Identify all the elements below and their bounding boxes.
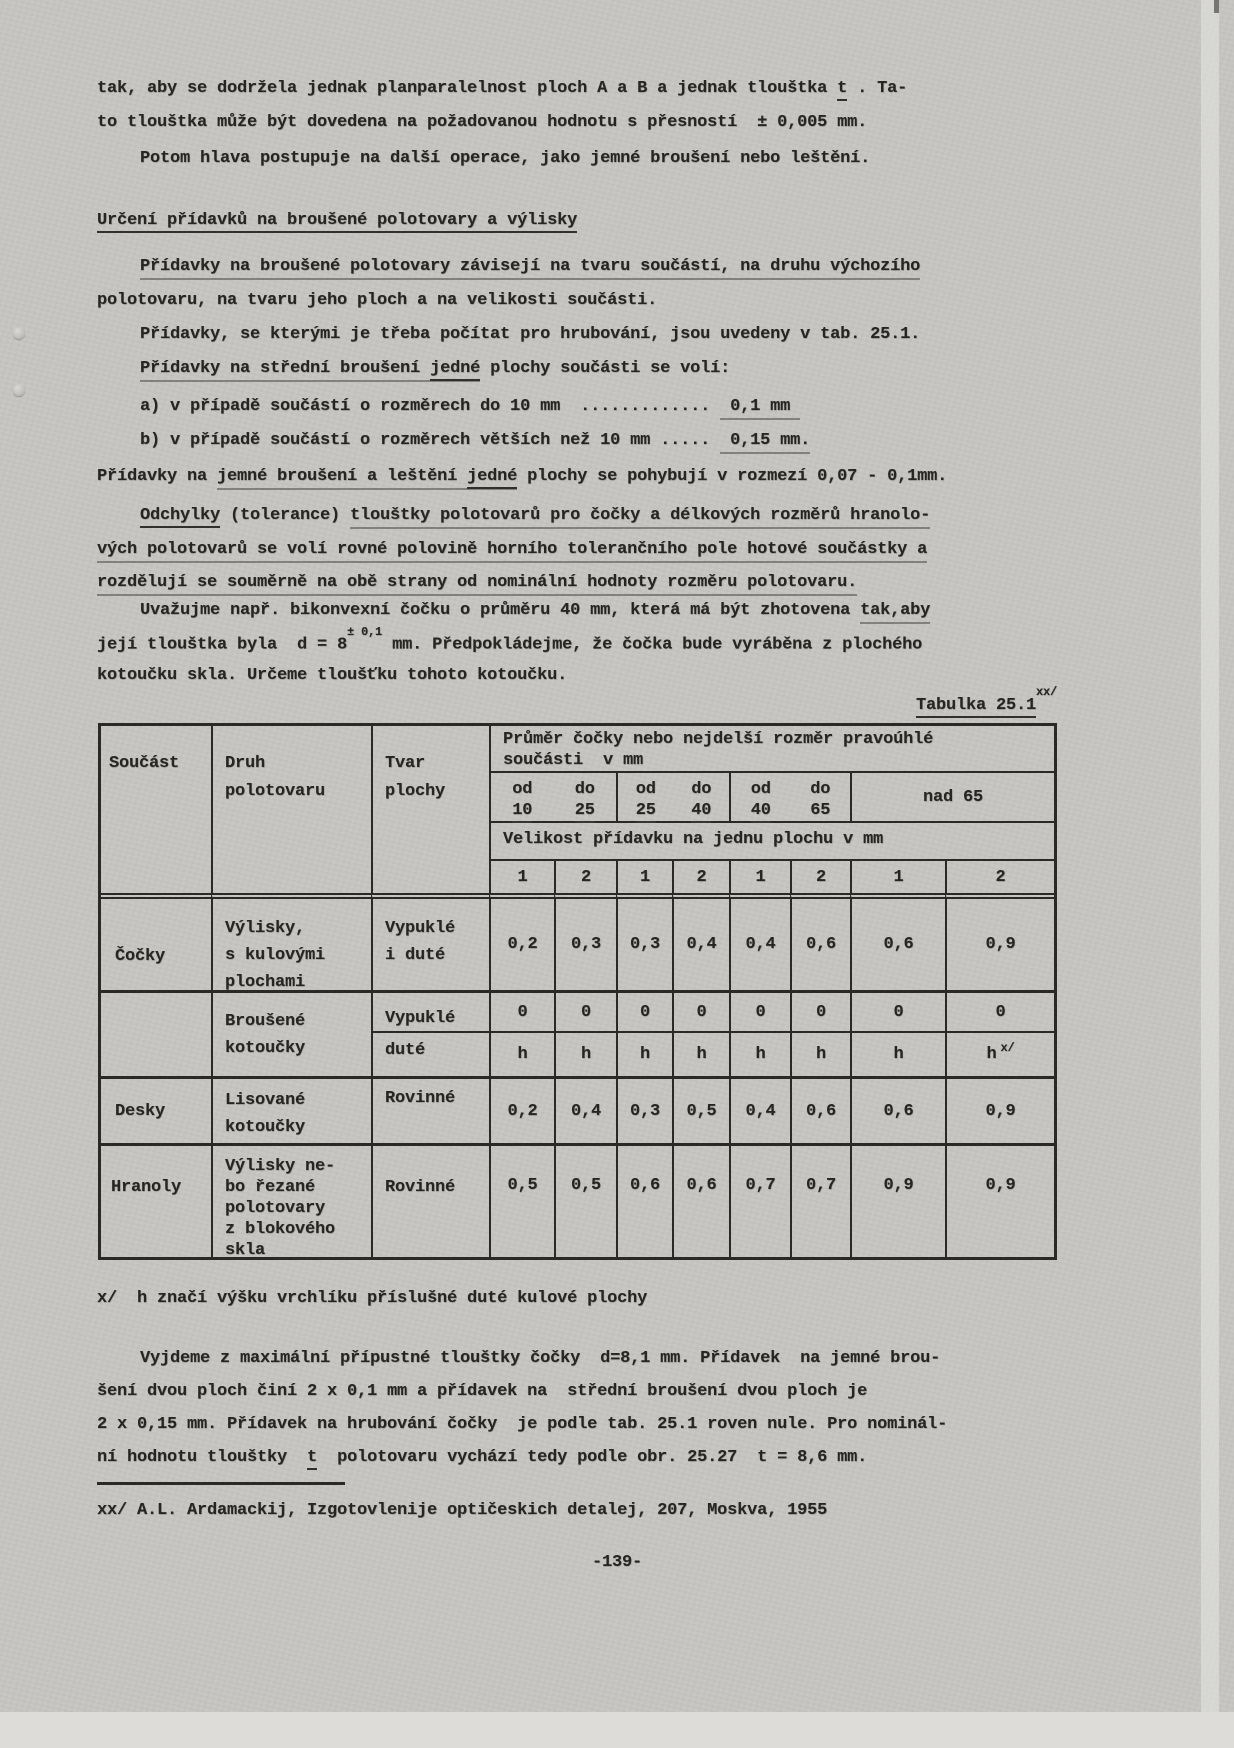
value-cell: h (850, 1031, 945, 1076)
paper-dimple (13, 327, 25, 339)
size-header: Velikost přídavku na jednu plochu v mm (489, 823, 1054, 861)
range-word: do (691, 780, 711, 799)
value-cell: h (672, 1031, 729, 1076)
range-number: 10 (512, 801, 532, 823)
range-number: 40 (691, 801, 711, 823)
caption-footnote-marker: xx/ (1036, 685, 1057, 699)
value-cell: 0 (489, 990, 554, 1031)
range-header-10-25: od10 do25 (489, 773, 616, 823)
value-cell: 0,9 (945, 1143, 1054, 1257)
range-word: od (512, 780, 532, 799)
text-segment: Přídavky na střední broušení (140, 359, 430, 378)
range-number: 40 (751, 801, 771, 823)
value-cell: h (616, 1031, 672, 1076)
value-cell: 0,5 (554, 1143, 616, 1257)
text-segment-underlined: vých polotovarů se volí rovné polovině h… (97, 540, 927, 563)
text-segment: polotovaru vychází tedy podle obr. 25.27… (317, 1448, 867, 1467)
value-cell: 0,4 (554, 1076, 616, 1143)
value-cell: 0 (672, 990, 729, 1031)
value-cell: 0,2 (489, 893, 554, 990)
cell-line: s kulovými (225, 942, 371, 969)
text-line: vých polotovarů se volí rovné polovině h… (97, 539, 927, 561)
surface-col-header: 1 (729, 861, 790, 893)
row-part-cell-empty (101, 990, 211, 1076)
header-line: Průměr čočky nebo nejdelší rozměr pravoú… (503, 729, 1054, 750)
text-line: šení dvou ploch činí 2 x 0,1 mm a přídav… (97, 1381, 867, 1403)
text-segment: Uvažujme např. bikonvexní čočku o průměr… (140, 601, 860, 620)
text-line: 2 x 0,15 mm. Přídavek na hrubování čočky… (97, 1414, 947, 1436)
value-cell: h (790, 1031, 850, 1076)
value-cell: 0 (554, 990, 616, 1031)
text-segment-underlined: jedné (430, 359, 480, 381)
range-word: do (810, 780, 830, 799)
page-edge-band (1201, 0, 1219, 1712)
text-segment: ní hodnotu tlouštky (97, 1448, 307, 1467)
cell-line: z blokového (225, 1219, 371, 1240)
text-line: ní hodnotu tlouštky t polotovaru vychází… (97, 1447, 867, 1469)
range-word: od (636, 780, 656, 799)
text-segment-underlined: tak,aby (860, 601, 930, 624)
surface-col-header: 1 (850, 861, 945, 893)
range-word: do (575, 780, 595, 799)
text-line: Potom hlava postupuje na další operace, … (140, 148, 870, 170)
text-segment: mm. Předpokládejme, že čočka bude vyrábě… (382, 636, 922, 655)
value-cell: 0,3 (616, 1076, 672, 1143)
value-cell: 0,5 (489, 1143, 554, 1257)
value-cell: 0,6 (616, 1143, 672, 1257)
cell-line: kotoučky (225, 1114, 371, 1141)
text-line: její tlouštka byla d = 8± 0,1 mm. Předpo… (97, 634, 922, 657)
surface-col-header: 2 (672, 861, 729, 893)
range-header-over-65: nad 65 (850, 773, 1054, 823)
cell-line: kotoučky (225, 1035, 371, 1062)
range-number: 25 (575, 801, 595, 823)
cell-line: Lisované (225, 1087, 371, 1114)
text-segment-underlined: Přídavky na střední broušení jedné (140, 359, 480, 382)
value-cell: 0 (790, 990, 850, 1031)
range-number: 65 (810, 801, 830, 820)
text-segment-underlined: t (307, 1448, 317, 1470)
range-half: od10 (491, 779, 554, 821)
text-segment: tak, aby se dodržela jednak planparaleln… (97, 79, 837, 98)
text-segment-underlined: 0,1 mm (720, 397, 800, 420)
text-segment: a) v případě součástí o rozměrech do 10 … (140, 397, 720, 416)
value-cell: h (729, 1031, 790, 1076)
text-line: Přídavky na jemné broušení a leštění jed… (97, 466, 947, 488)
value-cell: 0 (850, 990, 945, 1031)
range-word: od (751, 780, 771, 799)
text-segment: plochy se pohybují v rozmezí 0,07 - 0,1m… (517, 467, 947, 486)
value-cell: 0,4 (672, 893, 729, 990)
value-cell: 0,3 (554, 893, 616, 990)
value-cell: 0,2 (489, 1076, 554, 1143)
col-header-soucast: Součást (101, 726, 211, 893)
surface-col-header: 2 (554, 861, 616, 893)
cell-line: skla (225, 1240, 371, 1261)
heading-text: Určení přídavků na broušené polotovary a… (97, 211, 577, 233)
text-line: Vyjdeme z maximální přípustné tlouštky č… (140, 1348, 940, 1370)
value-cell: 0,5 (672, 1076, 729, 1143)
surface-col-header: 2 (790, 861, 850, 893)
text-line: Odchylky (tolerance) tlouštky polotovarů… (140, 505, 930, 527)
cell-line: bo řezané (225, 1177, 371, 1198)
value-cell: h (489, 1031, 554, 1076)
text-line: Uvažujme např. bikonvexní čočku o průměr… (140, 600, 930, 622)
value-cell: 0,4 (729, 893, 790, 990)
footnote-rule (97, 1482, 345, 1485)
value-cell: 0,6 (790, 893, 850, 990)
range-half: do40 (674, 779, 730, 821)
list-item-b: b) v případě součástí o rozměrech většíc… (140, 430, 810, 452)
text-line: kotoučku skla. Určeme tloušťku tohoto ko… (97, 665, 567, 687)
header-line: součásti v mm (503, 750, 1054, 771)
text-segment: . Ta- (847, 79, 907, 98)
text-line: Přídavky na broušené polotovary závisejí… (140, 256, 920, 278)
text-line: rozdělují se souměrně na obě strany od n… (97, 572, 857, 594)
value-cell: 0,6 (850, 1076, 945, 1143)
range-header-25-40: od25 do40 (616, 773, 729, 823)
value-cell-with-footnote: hx/ (945, 1031, 1054, 1076)
value-cell: 0,9 (945, 893, 1054, 990)
row-tvar-cell: Rovinné (371, 1076, 489, 1143)
text-segment: plochy součásti se volí: (480, 359, 730, 378)
row-tvar-cell-top: Vypuklé (371, 990, 489, 1031)
row-tvar-cell: Vypukléi duté (371, 893, 489, 990)
cell-line: Broušené (225, 1008, 371, 1035)
row-tvar-cell: Rovinné (371, 1143, 489, 1257)
row-tvar-cell-bottom: duté (371, 1031, 489, 1076)
superscript: ± 0,1 (347, 625, 382, 639)
row-druh-cell: Lisovanékotoučky (211, 1076, 371, 1143)
reference-footnote: xx/ A.L. Ardamackij, Izgotovlenije optič… (97, 1500, 827, 1522)
row-part-cell: Hranoly (101, 1143, 211, 1257)
text-segment-underlined: tlouštky polotovarů pro čočky a délkovýc… (350, 506, 930, 529)
list-item-a: a) v případě součástí o rozměrech do 10 … (140, 396, 800, 418)
surface-col-header: 2 (945, 861, 1054, 893)
row-druh-cell: Výlisky,s kulovýmiplochami (211, 893, 371, 990)
range-header-40-65: od40 do65 (729, 773, 850, 823)
row-druh-cell: Broušenékotoučky (211, 990, 371, 1076)
cell-line: i duté (385, 942, 489, 969)
value-cell: 0 (945, 990, 1054, 1031)
value-cell: 0,9 (945, 1076, 1054, 1143)
value-cell: 0,7 (729, 1143, 790, 1257)
text-segment: její tlouštka byla d = 8 (97, 636, 347, 655)
surface-col-header: 1 (489, 861, 554, 893)
value-cell: 0,6 (790, 1076, 850, 1143)
col-header-tvar: Tvarplochy (371, 726, 489, 893)
value-cell: 0,4 (729, 1076, 790, 1143)
value-cell: 0 (616, 990, 672, 1031)
range-half: od25 (618, 779, 674, 821)
text-segment-underlined: 0,15 mm. (720, 431, 810, 454)
text-line: polotovaru, na tvaru jeho ploch a na vel… (97, 290, 657, 312)
table-caption: Tabulka 25.1xx/ (916, 694, 1057, 717)
allowances-table: Součást Druhpolotovaru Tvarplochy Průměr… (98, 723, 1057, 1260)
cell-line: polotovary (225, 1198, 371, 1219)
scan-mark (1214, 0, 1219, 13)
text-segment: b) v případě součástí o rozměrech většíc… (140, 431, 720, 450)
cell-line: Výlisky ne- (225, 1156, 371, 1177)
header-line: plochy (385, 778, 489, 806)
scanned-document-page: tak, aby se dodržela jednak planparaleln… (0, 0, 1234, 1748)
span-header-diameter: Průměr čočky nebo nejdelší rozměr pravoú… (489, 726, 1054, 773)
surface-col-header: 1 (616, 861, 672, 893)
footnote-marker: x/ (1001, 1043, 1015, 1053)
row-part-cell: Desky (101, 1076, 211, 1143)
header-line: Druh (225, 750, 371, 778)
text-segment-underlined: jedné (467, 467, 517, 489)
caption-text: Tabulka 25.1 (916, 696, 1036, 718)
text-segment: jemné broušení a leštění (217, 467, 467, 486)
text-line: Přídavky na střední broušení jedné ploch… (140, 358, 730, 380)
cell-line: Vypuklé (385, 915, 489, 942)
paper-dimple (13, 384, 25, 396)
range-half: do65 (791, 779, 851, 821)
table-footnote: x/ h značí výšku vrchlíku příslušné duté… (97, 1288, 647, 1310)
range-number: 25 (636, 801, 656, 823)
page-number: -139- (0, 1552, 1234, 1574)
value-cell: 0,6 (850, 893, 945, 990)
row-part-cell: Čočky (101, 893, 211, 990)
page-bottom-edge (0, 1712, 1234, 1748)
col-header-druh: Druhpolotovaru (211, 726, 371, 893)
cell-line: Výlisky, (225, 915, 371, 942)
range-half: od40 (731, 779, 791, 821)
text-segment: Přídavky na (97, 467, 217, 486)
value-cell: h (554, 1031, 616, 1076)
text-segment-underlined: rozdělují se souměrně na obě strany od n… (97, 573, 857, 596)
text-segment-underlined: t (837, 79, 847, 101)
text-segment-underlined: jemné broušení a leštění jedné (217, 467, 517, 490)
cell-value: h (986, 1045, 996, 1064)
value-cell: 0,3 (616, 893, 672, 990)
header-line: Tvar (385, 750, 489, 778)
header-line: polotovaru (225, 778, 371, 806)
row-druh-cell: Výlisky ne-bo řezanépolotovaryz blokovéh… (211, 1143, 371, 1257)
text-segment: (tolerance) (220, 506, 350, 525)
range-half: do25 (554, 779, 617, 821)
text-line: Přídavky, se kterými je třeba počítat pr… (140, 324, 920, 346)
text-line: to tlouštka může být dovedena na požadov… (97, 112, 867, 134)
value-cell: 0,6 (672, 1143, 729, 1257)
value-cell: 0,7 (790, 1143, 850, 1257)
text-segment-underlined: Přídavky na broušené polotovary závisejí… (140, 257, 920, 280)
section-heading: Určení přídavků na broušené polotovary a… (97, 210, 577, 232)
value-cell: 0,9 (850, 1143, 945, 1257)
value-cell: 0 (729, 990, 790, 1031)
text-segment-underlined: Odchylky (140, 506, 220, 528)
text-line: tak, aby se dodržela jednak planparaleln… (97, 78, 907, 100)
